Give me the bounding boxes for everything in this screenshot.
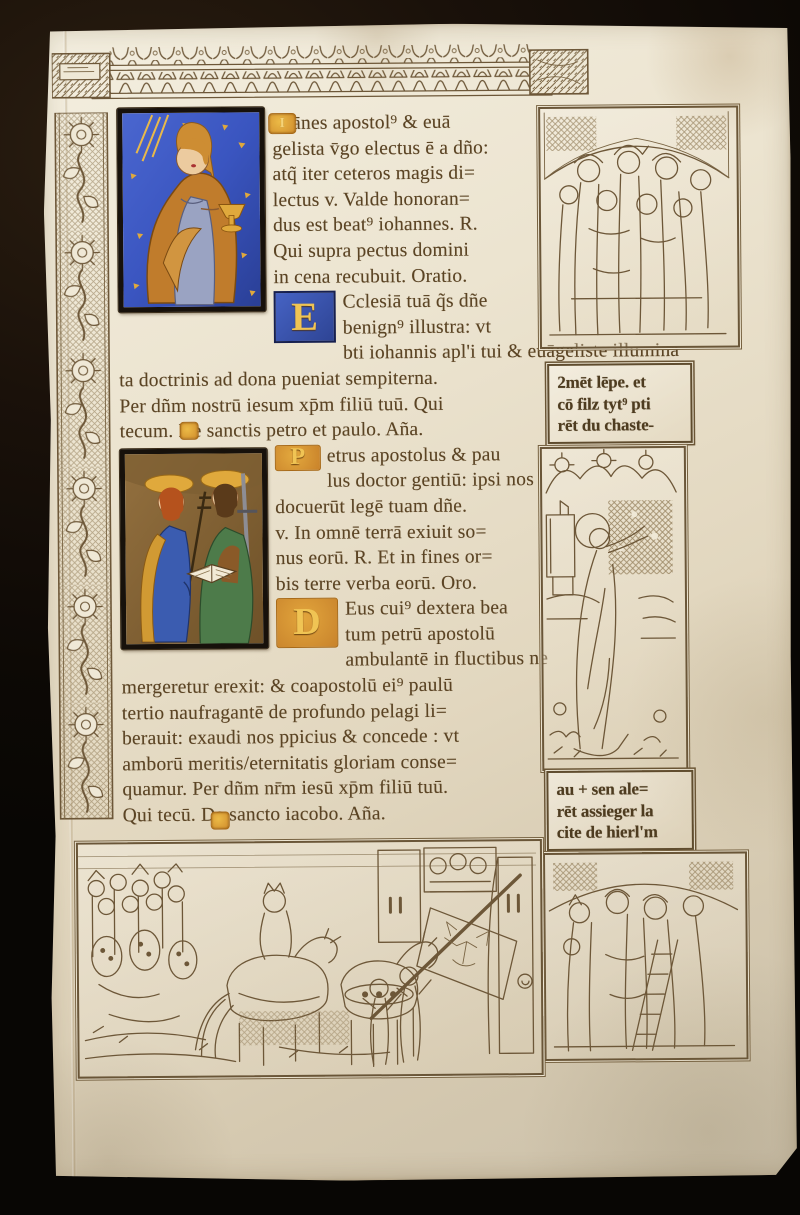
text-line: tertio naufragantē de profundo pelagi li… bbox=[122, 698, 543, 727]
woodcut-siege-procession bbox=[76, 839, 544, 1079]
caption-line: rēt assieger la bbox=[557, 799, 687, 822]
latin-text-column: I ohānes apostol⁹ & euāgelista v̄go elec… bbox=[117, 109, 544, 840]
illuminated-initial-E: E bbox=[274, 291, 336, 343]
woodcut-crowd-bottom-right bbox=[543, 851, 749, 1061]
text-line: berauit: exaudi nos ppicius & concede : … bbox=[122, 723, 543, 752]
text-line: quamur. Per dñm nr̄m iesū xp̄m filiū tuū… bbox=[122, 774, 543, 803]
miniature-sts-peter-and-paul bbox=[120, 448, 269, 649]
vellum-page: I ohānes apostol⁹ & euāgelista v̄go elec… bbox=[39, 21, 798, 1183]
top-frieze-border bbox=[52, 40, 592, 108]
caption-line: rēt du chaste- bbox=[558, 414, 686, 437]
french-caption-bottom: au + sen ale=rēt assieger lacite de hier… bbox=[546, 770, 694, 851]
illuminated-initial-D: D bbox=[276, 598, 338, 648]
text-line: Per dñm nostrū iesum xp̄m filiū tuū. Qui bbox=[119, 391, 540, 420]
caption-line: cite de hierl'm bbox=[557, 821, 687, 844]
woodcut-crowd-top-right bbox=[538, 105, 740, 349]
gold-initial-john: I bbox=[268, 113, 296, 134]
left-floral-border bbox=[53, 112, 115, 820]
miniature-st-john-with-chalice bbox=[117, 107, 266, 312]
french-caption-top: 2mēt lēpe. etcō filz tyt⁹ ptirēt du chas… bbox=[547, 363, 693, 444]
text-line: mergeretur erexit: & coapostolū ei⁹ paul… bbox=[122, 672, 543, 701]
caption-line: au + sen ale= bbox=[556, 778, 686, 801]
text-line: Qui tecū. De sancto iacobo. Aña. bbox=[123, 800, 544, 829]
text-line: bti iohannis apl'i tui & euāgeliste illu… bbox=[119, 339, 540, 368]
text-line: ambulantē in fluctibus ne bbox=[121, 647, 542, 676]
caption-line: cō filz tyt⁹ pti bbox=[557, 392, 685, 415]
gold-paraph-mark bbox=[211, 811, 230, 829]
collect-peter-paul-full: mergeretur erexit: & coapostolū ei⁹ paul… bbox=[122, 672, 544, 829]
text-line: ta doctrinis ad dona pueniat sempiterna. bbox=[119, 365, 540, 394]
photograph-of-manuscript-leaf: { "artifact_label": "Book of Hours leaf,… bbox=[0, 0, 800, 1215]
text-line: amborū meritis/eternitatis gloriam conse… bbox=[122, 749, 543, 778]
illuminated-initial-P: P bbox=[275, 444, 321, 470]
caption-line: 2mēt lēpe. et bbox=[557, 371, 685, 394]
gold-paraph-mark bbox=[180, 422, 199, 440]
woodcut-praying-saint bbox=[540, 446, 689, 771]
